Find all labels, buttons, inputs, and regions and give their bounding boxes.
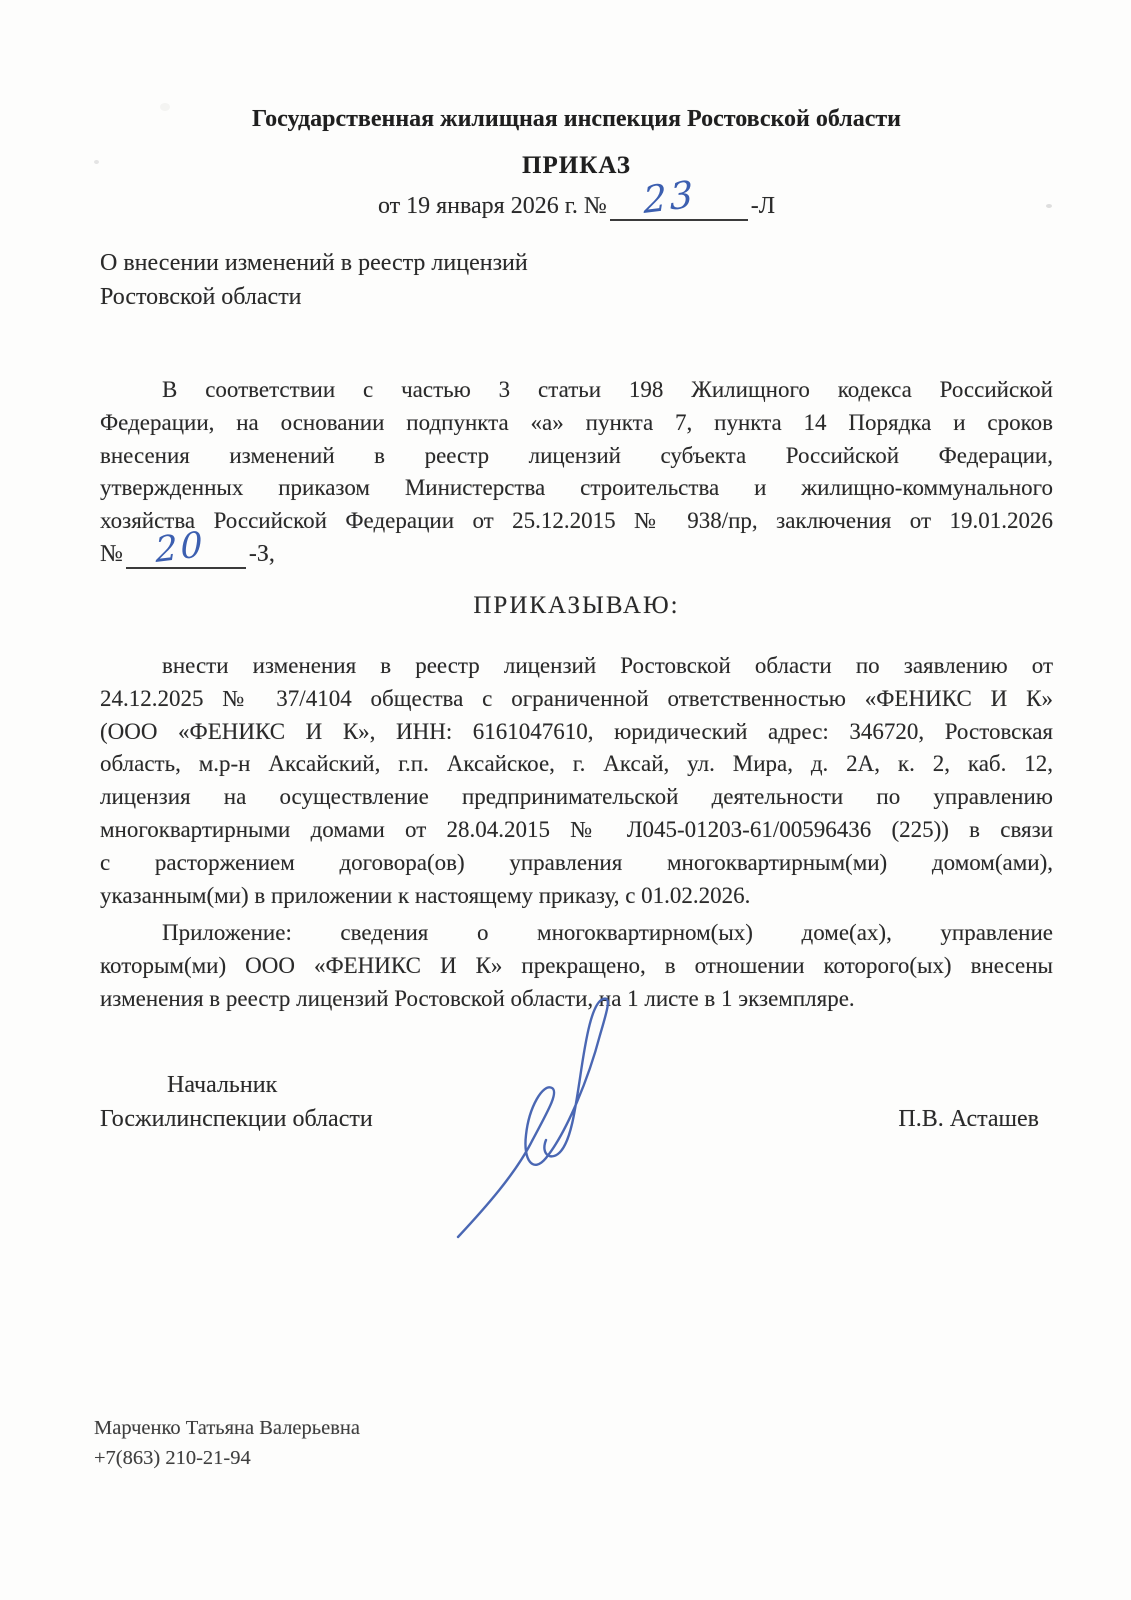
- conclusion-number-blank-underline: 20: [126, 541, 246, 569]
- contact-block: Марченко Татьяна Валерьевна +7(863) 210-…: [94, 1413, 360, 1473]
- org-name-title: Государственная жилищная инспекция Росто…: [100, 106, 1053, 133]
- conclusion-number-suffix: -З,: [249, 541, 275, 567]
- order-line-1: внести изменения в реестр лицензий Росто…: [100, 650, 1053, 683]
- conclusion-number-line: №20-З,: [100, 538, 1053, 571]
- scan-speck: [160, 103, 170, 111]
- conclusion-number-prefix: №: [100, 541, 123, 567]
- order-line-8: указанным(ми) в приложении к настоящему …: [100, 880, 1053, 913]
- signer-name: П.В. Асташев: [898, 1106, 1039, 1133]
- signature-position-line-2: Госжилинспекции области: [100, 1106, 373, 1133]
- contact-phone: +7(863) 210-21-94: [94, 1443, 360, 1473]
- order-line-7: с расторжением договора(ов) управления м…: [100, 847, 1053, 880]
- order-line-6: многоквартирными домами от 28.04.2015 № …: [100, 814, 1053, 847]
- attachment-line-1: Приложение: сведения о многоквартирном(ы…: [100, 917, 1053, 950]
- contact-name: Марченко Татьяна Валерьевна: [94, 1413, 360, 1443]
- order-line-5: лицензия на осуществление предпринимател…: [100, 781, 1053, 814]
- document-page: Государственная жилищная инспекция Росто…: [0, 0, 1131, 1600]
- preamble-line-2: Федерации, на основании подпункта «а» пу…: [100, 407, 1053, 440]
- preamble-paragraph: В соответствии с частью 3 статьи 198 Жил…: [100, 374, 1053, 571]
- preamble-line-5: хозяйства Российской Федерации от 25.12.…: [100, 505, 1053, 538]
- pen-stroke: [458, 999, 608, 1237]
- date-suffix: -Л: [751, 193, 775, 219]
- preamble-line-1: В соответствии с частью 3 статьи 198 Жил…: [100, 374, 1053, 407]
- order-paragraph: внести изменения в реестр лицензий Росто…: [100, 650, 1053, 912]
- date-prefix: от 19 января 2026 г. №: [378, 193, 607, 219]
- subject-line-1: О внесении изменений в реестр лицензий: [100, 246, 1053, 280]
- order-word: ПРИКАЗЫВАЮ:: [100, 592, 1053, 620]
- date-line: от 19 января 2026 г. №23-Л: [100, 193, 1053, 221]
- scan-speck: [1046, 204, 1052, 208]
- attachment-line-2: которым(ми) ООО «ФЕНИКС И К» прекращено,…: [100, 950, 1053, 983]
- signature-scribble: [428, 985, 668, 1245]
- order-line-2: 24.12.2025 № 37/4104 общества с ограниче…: [100, 683, 1053, 716]
- handwritten-order-number: 23: [642, 175, 696, 219]
- signature-position-line-1: Начальник: [167, 1072, 277, 1099]
- document-subject: О внесении изменений в реестр лицензий Р…: [100, 246, 1053, 314]
- handwritten-conclusion-number: 20: [155, 528, 206, 569]
- subject-line-2: Ростовской области: [100, 280, 1053, 314]
- preamble-line-3: внесения изменений в реестр лицензий суб…: [100, 440, 1053, 473]
- order-line-4: область, м.р-н Аксайский, г.п. Аксайское…: [100, 748, 1053, 781]
- preamble-line-4: утвержденных приказом Министерства строи…: [100, 472, 1053, 505]
- order-number-blank-underline: 23: [610, 193, 748, 221]
- scan-speck: [94, 160, 99, 164]
- order-line-3: (ООО «ФЕНИКС И К», ИНН: 6161047610, юрид…: [100, 716, 1053, 749]
- doc-type-title: ПРИКАЗ: [100, 152, 1053, 180]
